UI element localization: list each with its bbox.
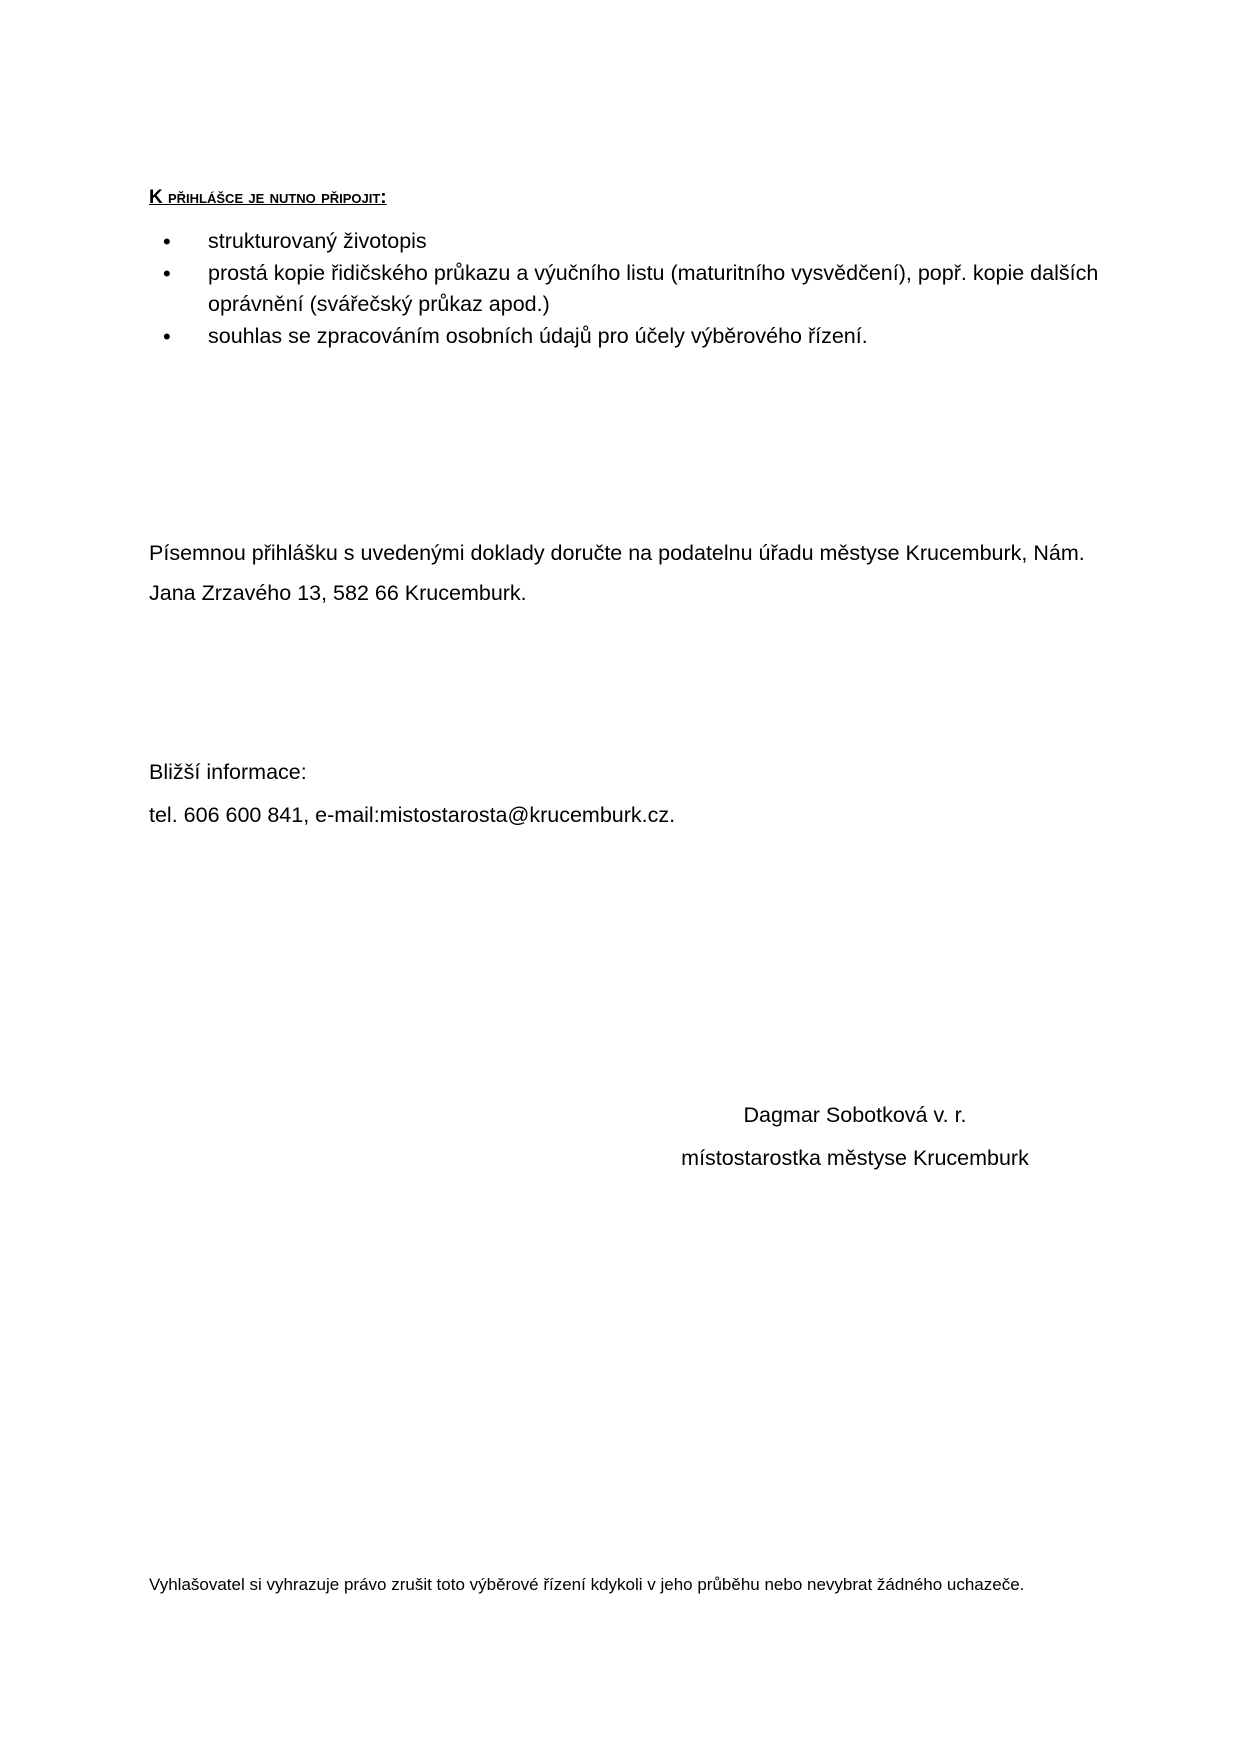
list-item-text: strukturovaný životopis (208, 229, 427, 253)
list-item: • prostá kopie řidičského průkazu a výuč… (149, 258, 1099, 321)
signature-block: Dagmar Sobotková v. r. místostarostka mě… (620, 1094, 1090, 1180)
submission-instructions: Písemnou přihlášku s uvedenými doklady d… (149, 533, 1109, 613)
list-item: • strukturovaný životopis (149, 226, 1099, 258)
list-item-text: souhlas se zpracováním osobních údajů pr… (208, 324, 868, 348)
bullet-icon: • (163, 321, 171, 353)
bullet-icon: • (163, 258, 171, 290)
attachments-heading: K přihlášce je nutno připojit: (149, 187, 387, 209)
signature-title: místostarostka městyse Krucemburk (620, 1137, 1090, 1180)
list-item: • souhlas se zpracováním osobních údajů … (149, 321, 1099, 353)
bullet-icon: • (163, 226, 171, 258)
list-item-text: prostá kopie řidičského průkazu a výuční… (208, 261, 1098, 317)
disclaimer: Vyhlašovatel si vyhrazuje právo zrušit t… (149, 1572, 1095, 1598)
signature-name: Dagmar Sobotková v. r. (620, 1094, 1090, 1137)
attachments-list: • strukturovaný životopis • prostá kopie… (149, 226, 1099, 352)
contact-details: tel. 606 600 841, e-mail:mistostarosta@k… (149, 795, 1109, 835)
contact-label: Bližší informace: (149, 752, 1109, 792)
